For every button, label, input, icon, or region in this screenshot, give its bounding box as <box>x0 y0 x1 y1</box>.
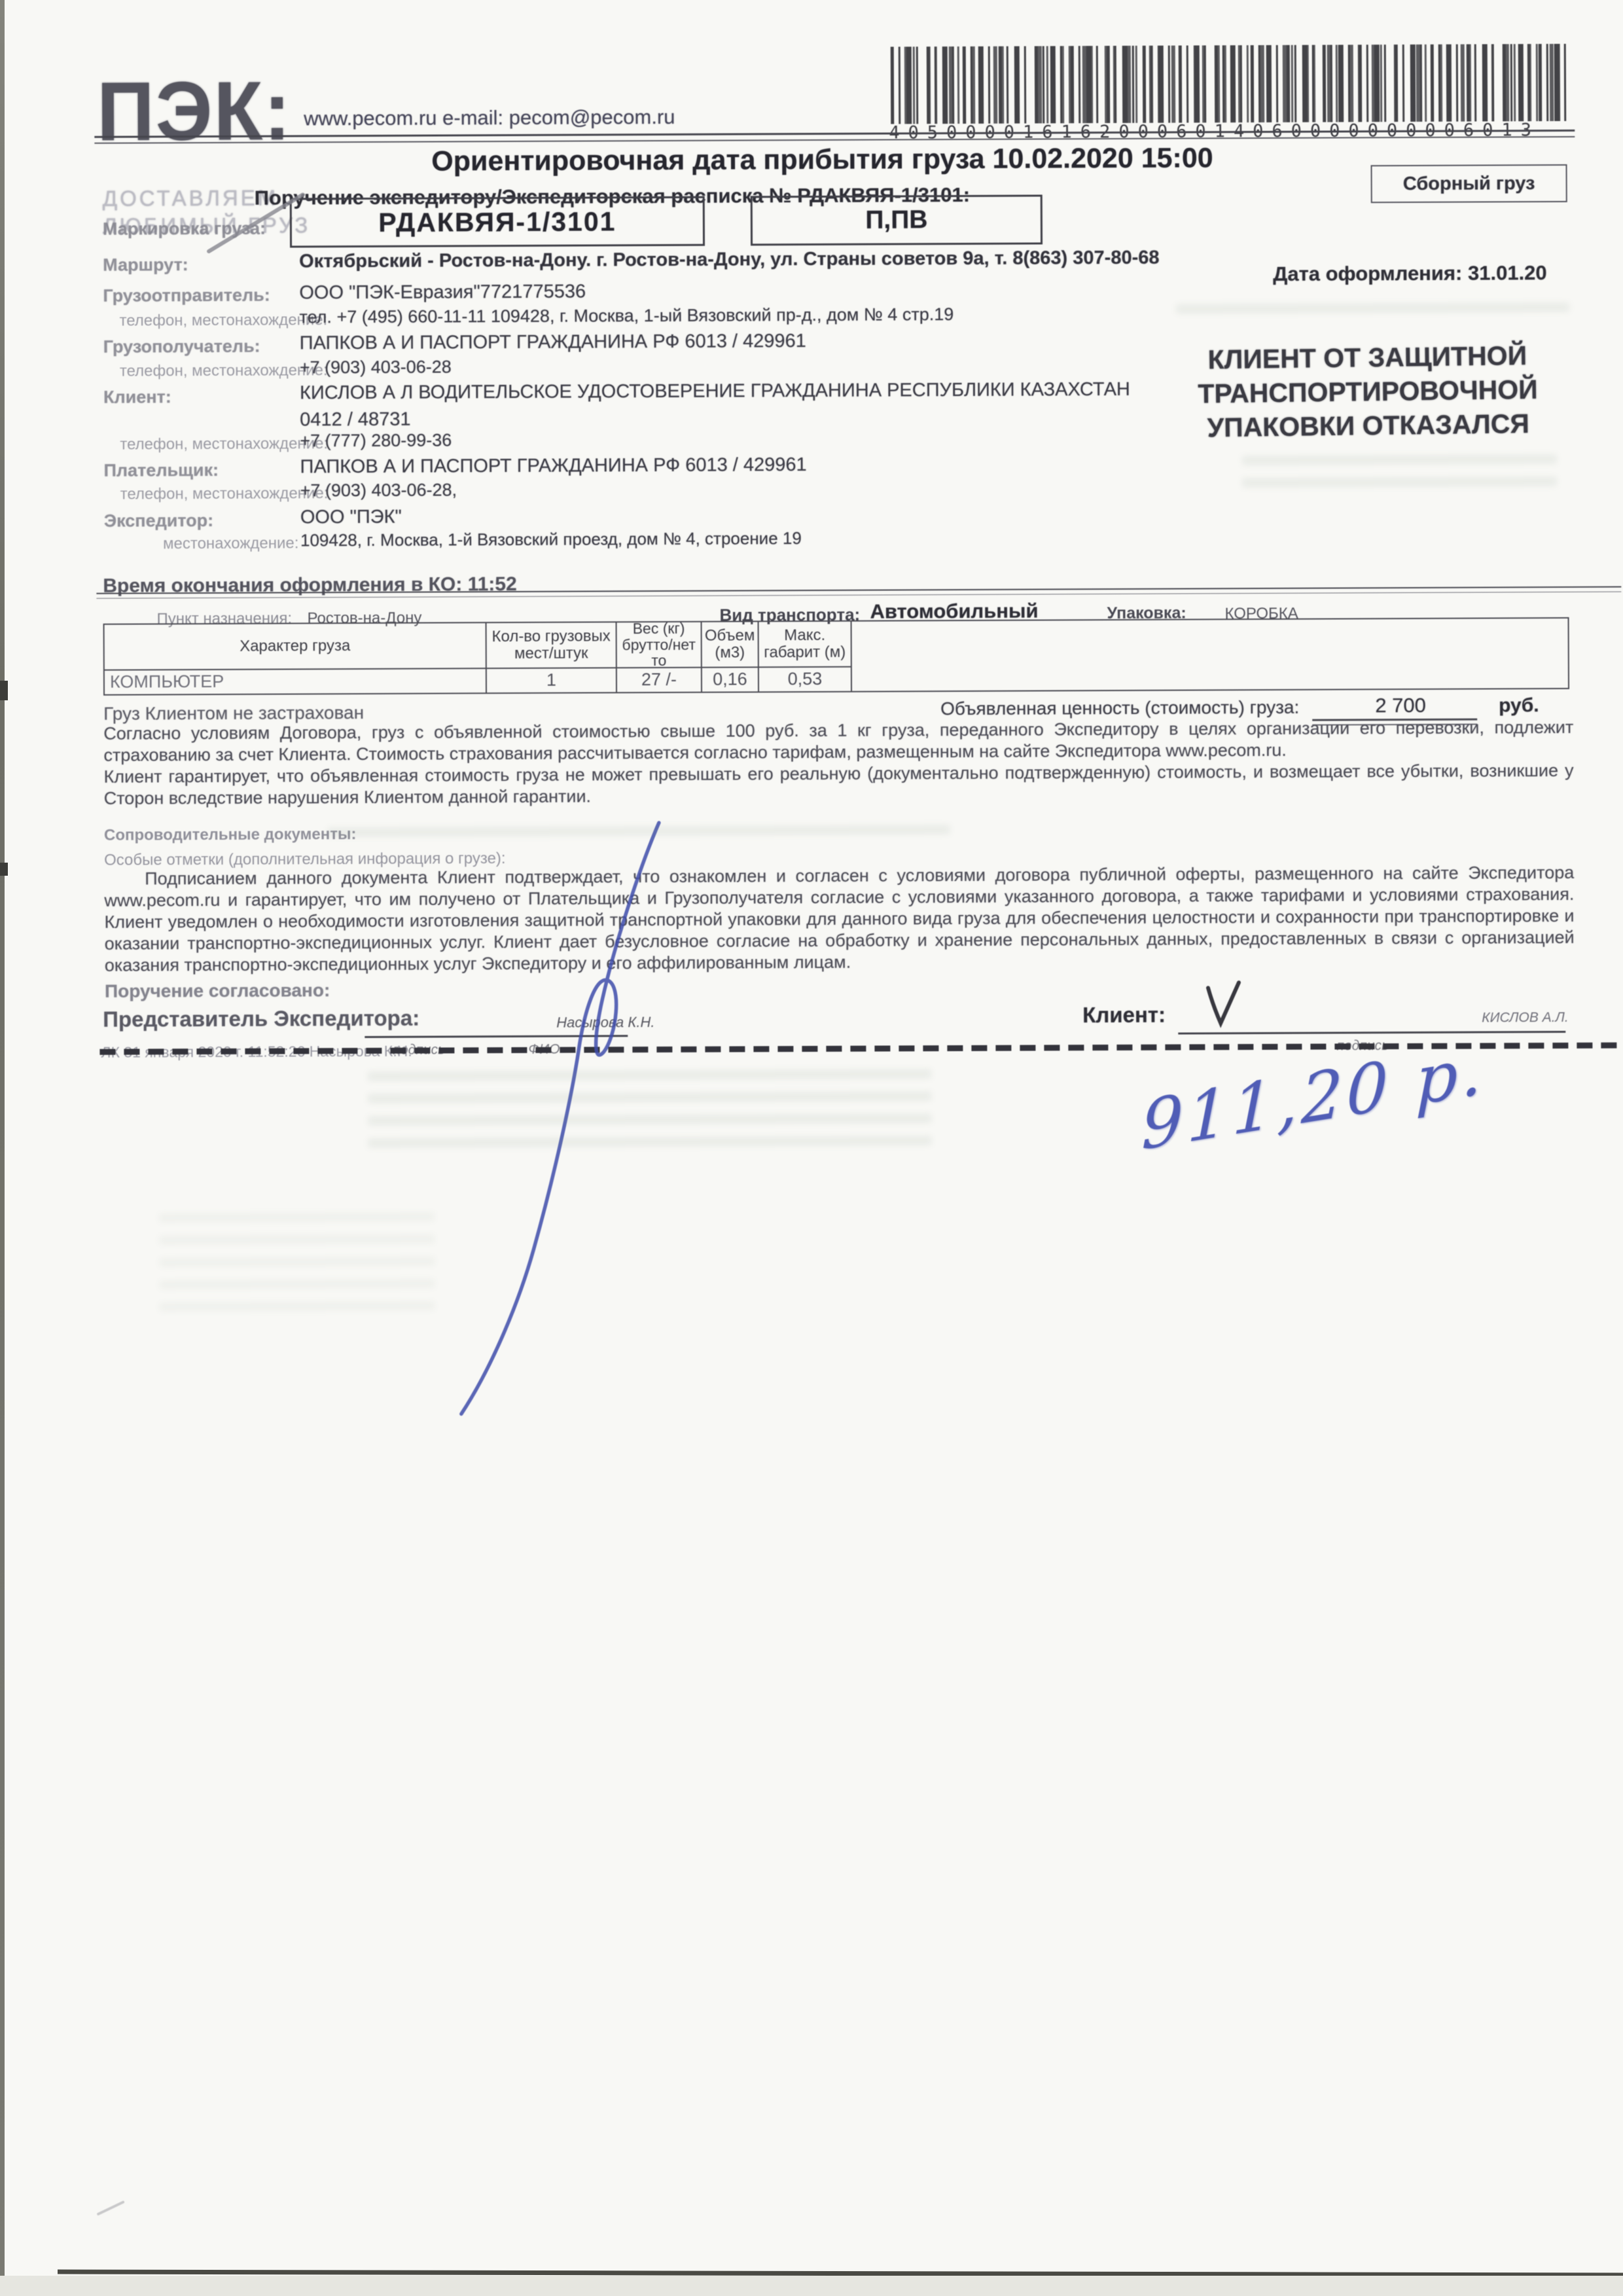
scanner-edge-bottom <box>0 2276 1623 2296</box>
pencil-mark-bottom <box>98 2202 123 2214</box>
pencil-slash <box>209 194 303 251</box>
signature-stroke <box>459 823 662 1414</box>
handwriting-overlay <box>0 0 1623 2296</box>
scanner-edge-mark <box>0 681 8 700</box>
scanner-edge-mark <box>0 863 8 876</box>
scanned-document: ПЭК: ДОСТАВЛЯЕМ ЛЮБИМЫЙ ГРУЗ www.pecom.r… <box>0 0 1623 2296</box>
client-checkmark <box>1208 982 1239 1023</box>
scanner-edge-left-light <box>5 0 62 2296</box>
scanner-edge-left-dark <box>0 0 5 2296</box>
